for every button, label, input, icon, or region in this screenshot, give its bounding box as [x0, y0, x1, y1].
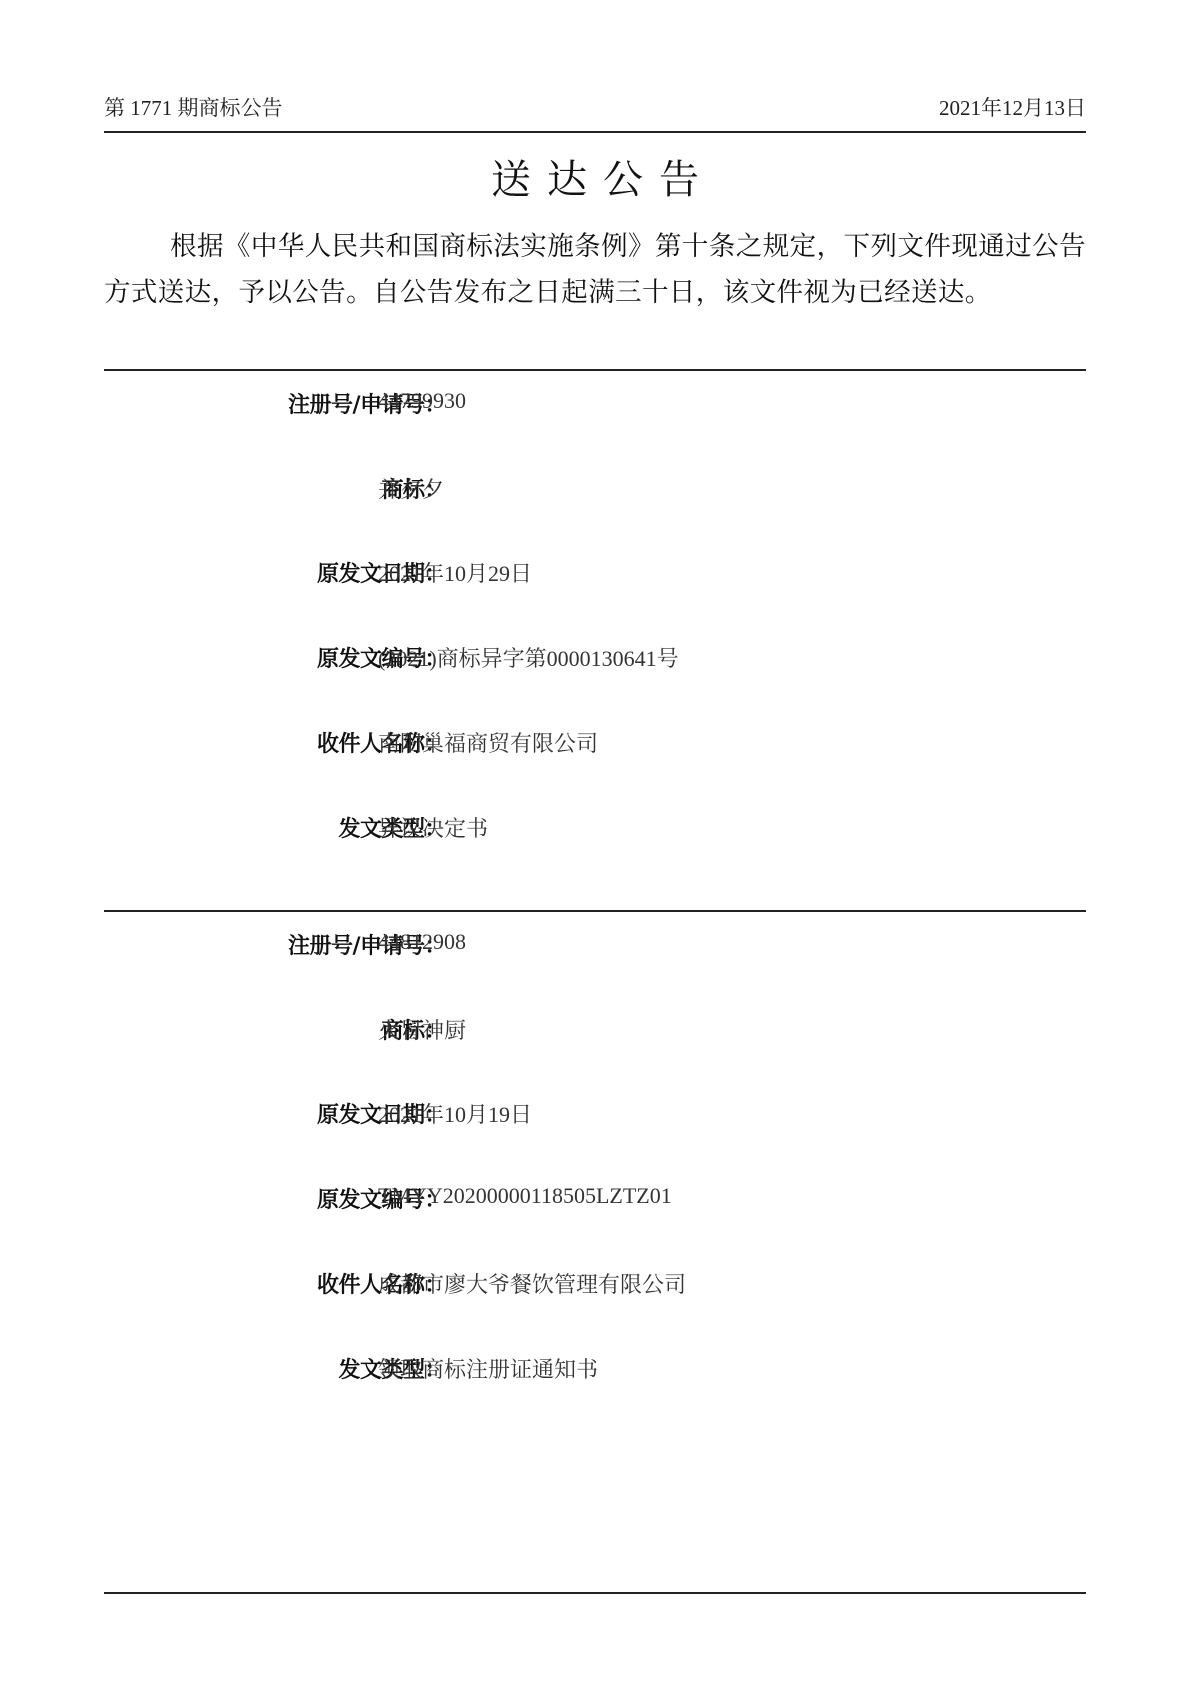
field-recipient: 收件人名称： 成都市廖大爷餐饮管理有限公司	[104, 1268, 1086, 1304]
field-orig-no: 原发文编号： (2021)商标异字第0000130641号	[104, 642, 1086, 678]
issue-date: 2021年12月13日	[939, 92, 1086, 122]
recipient-value: 南阳巢福商贸有限公司	[378, 727, 598, 758]
field-recipient: 收件人名称： 南阳巢福商贸有限公司	[104, 727, 1086, 763]
orig-date-value: 2021年10月29日	[378, 557, 532, 588]
doc-type-value: 异议决定书	[378, 812, 488, 843]
field-doc-type: 发文类型： 领取商标注册证通知书	[104, 1353, 1086, 1389]
field-orig-date: 原发文日期： 2021年10月19日	[104, 1098, 1086, 1134]
issue-number: 第 1771 期商标公告	[104, 92, 283, 122]
page-header: 第 1771 期商标公告 2021年12月13日	[104, 92, 1086, 122]
field-mark: 商标： 火冒神厨	[104, 1014, 1086, 1050]
field-reg-no: 注册号/申请号： 44812908	[104, 929, 1086, 965]
intro-paragraph: 根据《中华人民共和国商标法实施条例》第十条之规定，下列文件现通过公告方式送达，予…	[104, 224, 1086, 316]
field-doc-type: 发文类型： 异议决定书	[104, 812, 1086, 848]
mark-value: 火冒神厨	[378, 1014, 466, 1045]
recipient-value: 成都市廖大爷餐饮管理有限公司	[378, 1268, 686, 1299]
entry-divider-1	[104, 369, 1086, 371]
orig-no-value: TMYY20200000118505LZTZ01	[378, 1183, 672, 1209]
reg-no-value: 44799930	[378, 388, 466, 414]
entry-divider-2	[104, 910, 1086, 912]
field-orig-date: 原发文日期： 2021年10月29日	[104, 557, 1086, 593]
mark-value: 并夕夕	[378, 473, 444, 504]
field-orig-no: 原发文编号： TMYY20200000118505LZTZ01	[104, 1183, 1086, 1219]
footer-divider	[104, 1592, 1086, 1594]
page-title: 送达公告	[104, 148, 1086, 205]
doc-type-value: 领取商标注册证通知书	[378, 1353, 598, 1384]
header-divider	[104, 131, 1086, 133]
reg-no-value: 44812908	[378, 929, 466, 955]
orig-date-value: 2021年10月19日	[378, 1098, 532, 1129]
announcement-page: 第 1771 期商标公告 2021年12月13日 送达公告 根据《中华人民共和国…	[0, 0, 1190, 1684]
field-mark: 商标： 并夕夕	[104, 473, 1086, 509]
orig-no-value: (2021)商标异字第0000130641号	[378, 642, 679, 673]
field-reg-no: 注册号/申请号： 44799930	[104, 388, 1086, 424]
